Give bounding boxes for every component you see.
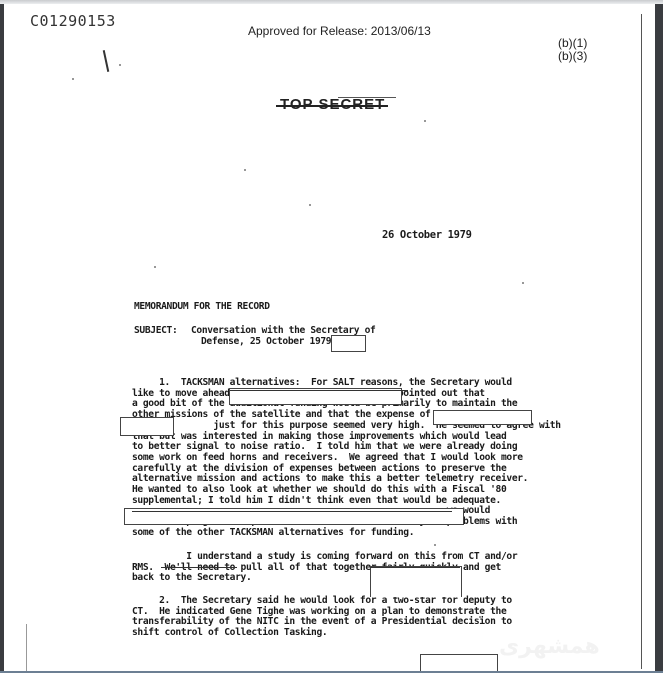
redaction-box: [420, 654, 498, 671]
exemption-code-1: (b)(1): [558, 36, 587, 50]
underline: [230, 390, 408, 391]
document-id: C01290153: [30, 12, 116, 30]
release-stamp: Approved for Release: 2013/06/13: [248, 24, 431, 38]
paragraph-2: 2. The Secretary said he would look for …: [132, 596, 512, 639]
text-line: shift control of Collection Tasking.: [132, 628, 512, 639]
memo-date: 26 October 1979: [382, 230, 472, 241]
text-line: some of the other TACKSMAN alternatives …: [132, 528, 561, 539]
memo-heading: MEMORANDUM FOR THE RECORD: [134, 302, 270, 313]
document-page: C01290153 Approved for Release: 2013/06/…: [4, 4, 655, 671]
subject-label: SUBJECT:: [134, 326, 177, 337]
classification-strikethrough: [276, 105, 388, 107]
redaction-box: [370, 566, 462, 597]
subject-line-2: Defense, 25 October 1979: [201, 337, 331, 348]
exemption-code-2: (b)(3): [558, 49, 587, 63]
classification-overline: [338, 97, 396, 98]
underline: [161, 567, 237, 568]
underline: [370, 567, 460, 568]
redaction-box: [331, 335, 366, 352]
underline: [132, 511, 452, 512]
site-watermark: همشهری: [499, 634, 600, 659]
redaction-box: [433, 410, 532, 425]
scan-mark: [103, 50, 110, 72]
redaction-box: [120, 417, 174, 436]
scan-edge-line-left: [26, 624, 27, 671]
scan-edge-line: [641, 14, 642, 669]
